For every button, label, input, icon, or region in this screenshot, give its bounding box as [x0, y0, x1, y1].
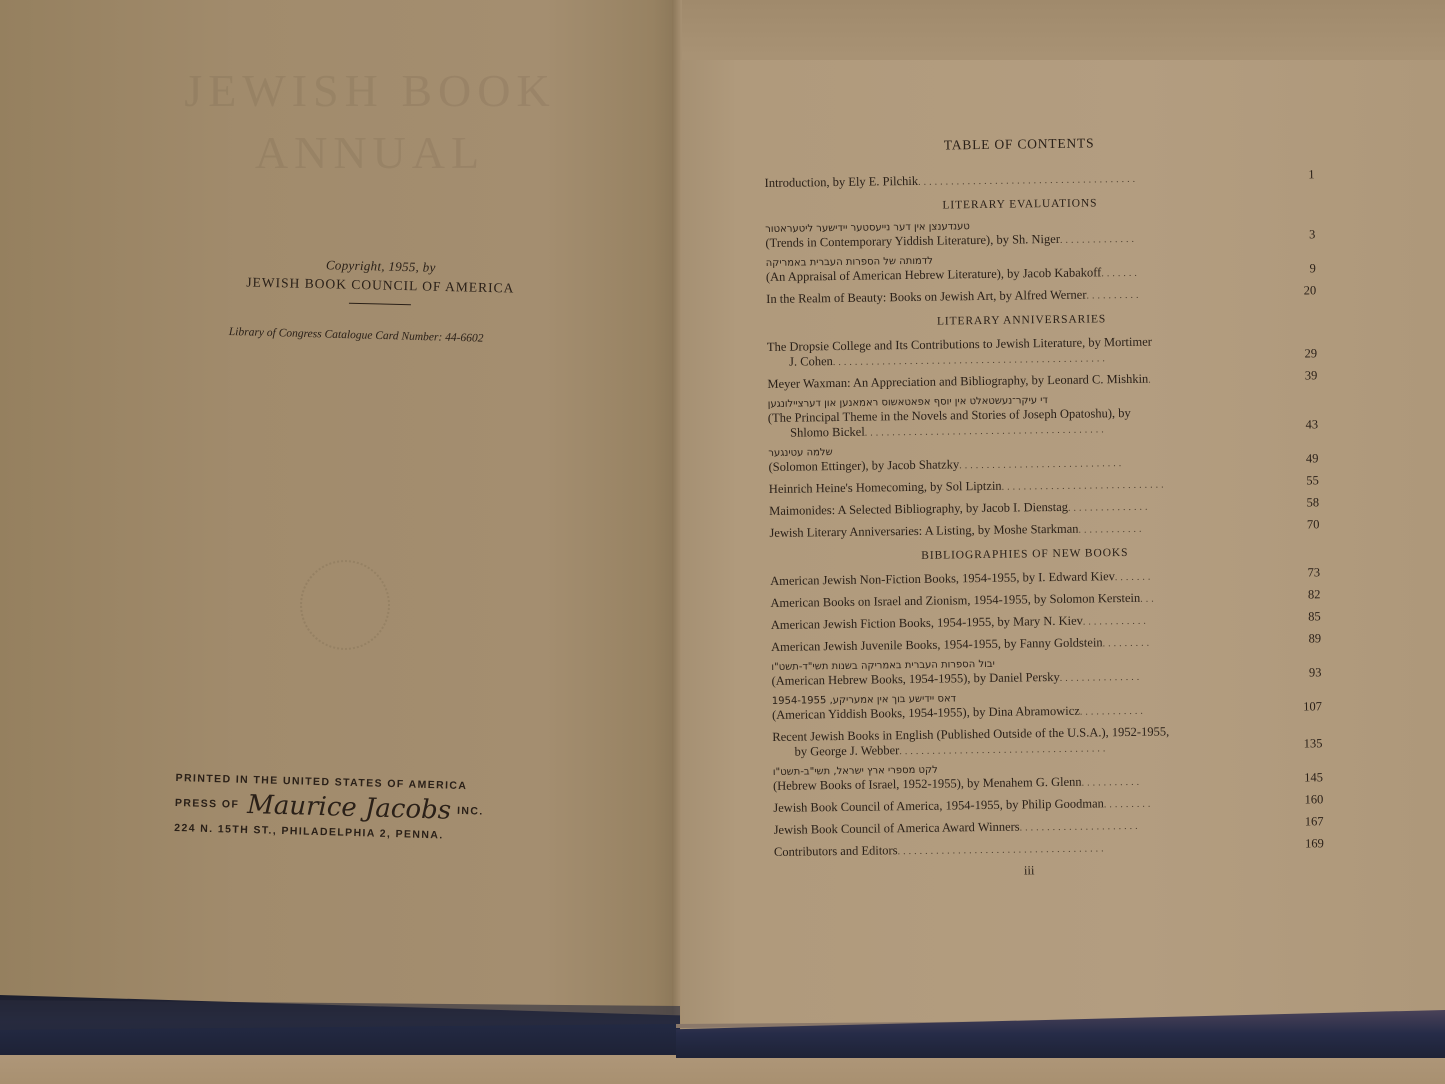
toc-entry: Meyer Waxman: An Appreciation and Biblio… [767, 369, 1317, 393]
toc-page-number: 9 [1256, 261, 1316, 277]
toc-entry: טענדענצן אין דער נייעסטער יידישער ליטערא… [765, 216, 1315, 252]
leader-dots: ...................... [1020, 821, 1141, 834]
toc-page-number: 160 [1263, 792, 1323, 808]
toc-page-number: 58 [1259, 495, 1319, 511]
toc-page-number: 135 [1262, 736, 1322, 752]
leader-dots: ............ [1083, 616, 1149, 628]
right-page-top-shadow [676, 0, 1445, 70]
leader-dots: ...................................... [899, 743, 1108, 757]
toc-entry: Introduction, by Ely E. Pilchik.........… [765, 168, 1315, 192]
copyright-holder: JEWISH BOOK COUNCIL OF AMERICA [225, 274, 535, 297]
toc-entry: Heinrich Heine's Homecoming, by Sol Lipt… [769, 474, 1319, 498]
toc-entry: Recent Jewish Books in English (Publishe… [772, 722, 1322, 761]
leader-dots: .............................. [1002, 479, 1167, 492]
toc-entry-title: Introduction, by Ely E. Pilchik [765, 174, 919, 190]
toc-entry-title: (American Yiddish Books, 1954-1955), by … [772, 704, 1080, 722]
printer-imprint: PRINTED IN THE UNITED STATES OF AMERICA … [174, 765, 496, 849]
toc-entry: American Jewish Fiction Books, 1954-1955… [771, 610, 1321, 634]
leader-dots: ........................................… [833, 353, 1108, 368]
toc-entry: דאס יידישע בוך אין אמעריקע, 1954-1955 (A… [772, 688, 1322, 724]
toc-page-number: 70 [1259, 517, 1319, 533]
leader-dots: ........... [1082, 777, 1143, 789]
toc-entry-title: Contributors and Editors [774, 843, 898, 859]
toc-entry: Contributors and Editors................… [774, 837, 1324, 861]
leader-dots: ... [1140, 594, 1157, 605]
leader-dots: ............... [1068, 502, 1151, 514]
toc-entry-title: Heinrich Heine's Homecoming, by Sol Lipt… [769, 479, 1002, 496]
printer-signature: Maurice Jacobs [247, 790, 452, 826]
toc-entry-title: (Solomon Ettinger), by Jacob Shatzky [768, 457, 959, 474]
toc-page-number: 43 [1258, 417, 1318, 433]
toc-page-number: 1 [1254, 167, 1314, 183]
leader-dots: .............. [1060, 234, 1137, 246]
toc-page-number: 3 [1255, 227, 1315, 243]
copyright-block: Copyright, 1955, by JEWISH BOOK COUNCIL … [225, 255, 536, 308]
leader-dots: ............... [1060, 672, 1143, 684]
toc-page-number: 82 [1260, 587, 1320, 603]
toc-entry-title: American Jewish Fiction Books, 1954-1955… [771, 614, 1083, 632]
show-through-line: JEWISH BOOK [160, 60, 580, 122]
toc-page-number: 73 [1260, 565, 1320, 581]
toc-entry: לקט מספרי ארץ ישראל, תשי"ב-תשט"ו (Hebrew… [773, 759, 1323, 795]
toc-entry-title: Maimonides: A Selected Bibliography, by … [769, 500, 1068, 518]
leader-dots: .......... [1086, 290, 1141, 302]
book-gutter [672, 0, 682, 1040]
table-of-contents: TABLE OF CONTENTS Introduction, by Ely E… [764, 132, 1324, 882]
show-through-seal-icon [300, 560, 390, 650]
leader-dots: ....... [1115, 572, 1154, 584]
toc-entry: Jewish Literary Anniversaries: A Listing… [769, 518, 1319, 542]
press-suffix: INC. [457, 804, 484, 817]
toc-page-number: 55 [1259, 473, 1319, 489]
toc-entry-title: (Hebrew Books of Israel, 1952-1955), by … [773, 775, 1082, 793]
toc-entry: Maimonides: A Selected Bibliography, by … [769, 496, 1319, 520]
leader-dots: ......... [1103, 638, 1153, 650]
toc-page-number: 167 [1263, 814, 1323, 830]
leader-dots: . [1148, 375, 1154, 386]
toc-entry-title: Jewish Book Council of America Award Win… [774, 819, 1020, 836]
show-through-line: ANNUAL [160, 122, 580, 184]
toc-entry: שלמה עטינגער (Solomon Ettinger), by Jaco… [768, 440, 1318, 476]
toc-page-number: 145 [1263, 770, 1323, 786]
toc-entry-title: Meyer Waxman: An Appreciation and Biblio… [767, 372, 1148, 391]
toc-page-number: 169 [1264, 836, 1324, 852]
toc-entry-title: American Jewish Non-Fiction Books, 1954-… [770, 569, 1115, 588]
leader-dots: ............ [1080, 706, 1146, 718]
toc-page-number: 93 [1261, 665, 1321, 681]
leader-dots: ........................................… [865, 424, 1107, 438]
toc-entry-title: In the Realm of Beauty: Books on Jewish … [766, 288, 1086, 306]
toc-entry-title: (Trends in Contemporary Yiddish Literatu… [765, 232, 1060, 250]
section-heading: BIBLIOGRAPHIES OF NEW BOOKS [730, 544, 1320, 564]
leader-dots: ......... [1104, 799, 1154, 811]
toc-page-number: 29 [1257, 346, 1317, 362]
leader-dots: .............................. [959, 458, 1124, 471]
toc-entry: In the Realm of Beauty: Books on Jewish … [766, 284, 1316, 308]
toc-entry: American Jewish Juvenile Books, 1954-195… [771, 632, 1321, 656]
toc-entry-title: Jewish Book Council of America, 1954-195… [773, 796, 1104, 815]
toc-page-number: 89 [1261, 631, 1321, 647]
leader-dots: ....... [1101, 268, 1140, 280]
toc-page-number: 39 [1257, 368, 1317, 384]
toc-entry-title: American Jewish Juvenile Books, 1954-195… [771, 635, 1103, 654]
toc-entry-author: by George J. Webber [794, 743, 899, 758]
toc-entry-title: American Books on Israel and Zionism, 19… [770, 591, 1140, 610]
toc-page-number: 107 [1262, 699, 1322, 715]
toc-entry: American Jewish Non-Fiction Books, 1954-… [770, 566, 1320, 590]
leader-dots: ........................................ [918, 174, 1138, 188]
toc-entry: די עיקר־נעשטאלט אין יוסף אפאטאשוס ראמאנע… [768, 391, 1319, 442]
section-heading: LITERARY EVALUATIONS [725, 194, 1315, 214]
toc-entry: Jewish Book Council of America, 1954-195… [773, 793, 1323, 817]
leader-dots: ...................................... [897, 843, 1106, 857]
toc-page-number: 20 [1256, 283, 1316, 299]
hebrew-title: שלמה עטינגער [768, 441, 1238, 460]
toc-entry-title: Jewish Literary Anniversaries: A Listing… [769, 522, 1078, 540]
toc-entry: Jewish Book Council of America Award Win… [774, 815, 1324, 839]
leader-dots: ............ [1078, 524, 1144, 536]
toc-page-number: 49 [1258, 451, 1318, 467]
toc-entry-title: (American Hebrew Books, 1954-1955), by D… [771, 670, 1059, 688]
toc-page-number: 85 [1261, 609, 1321, 625]
toc-entry-author: Shlomo Bickel [790, 425, 865, 440]
toc-entry: American Books on Israel and Zionism, 19… [770, 588, 1320, 612]
toc-entry: The Dropsie College and Its Contribution… [767, 332, 1317, 371]
toc-entry-author: J. Cohen [789, 354, 833, 369]
toc-entry: יבול הספרות העברית באמריקה בשנות תשי"ד-ת… [771, 654, 1321, 690]
toc-entry: לדמותה של הספרות העברית באמריקה (An Appr… [766, 250, 1316, 286]
show-through-title: JEWISH BOOK ANNUAL [160, 60, 580, 184]
press-prefix: PRESS OF [175, 796, 240, 810]
section-heading: LITERARY ANNIVERSARIES [726, 310, 1316, 330]
